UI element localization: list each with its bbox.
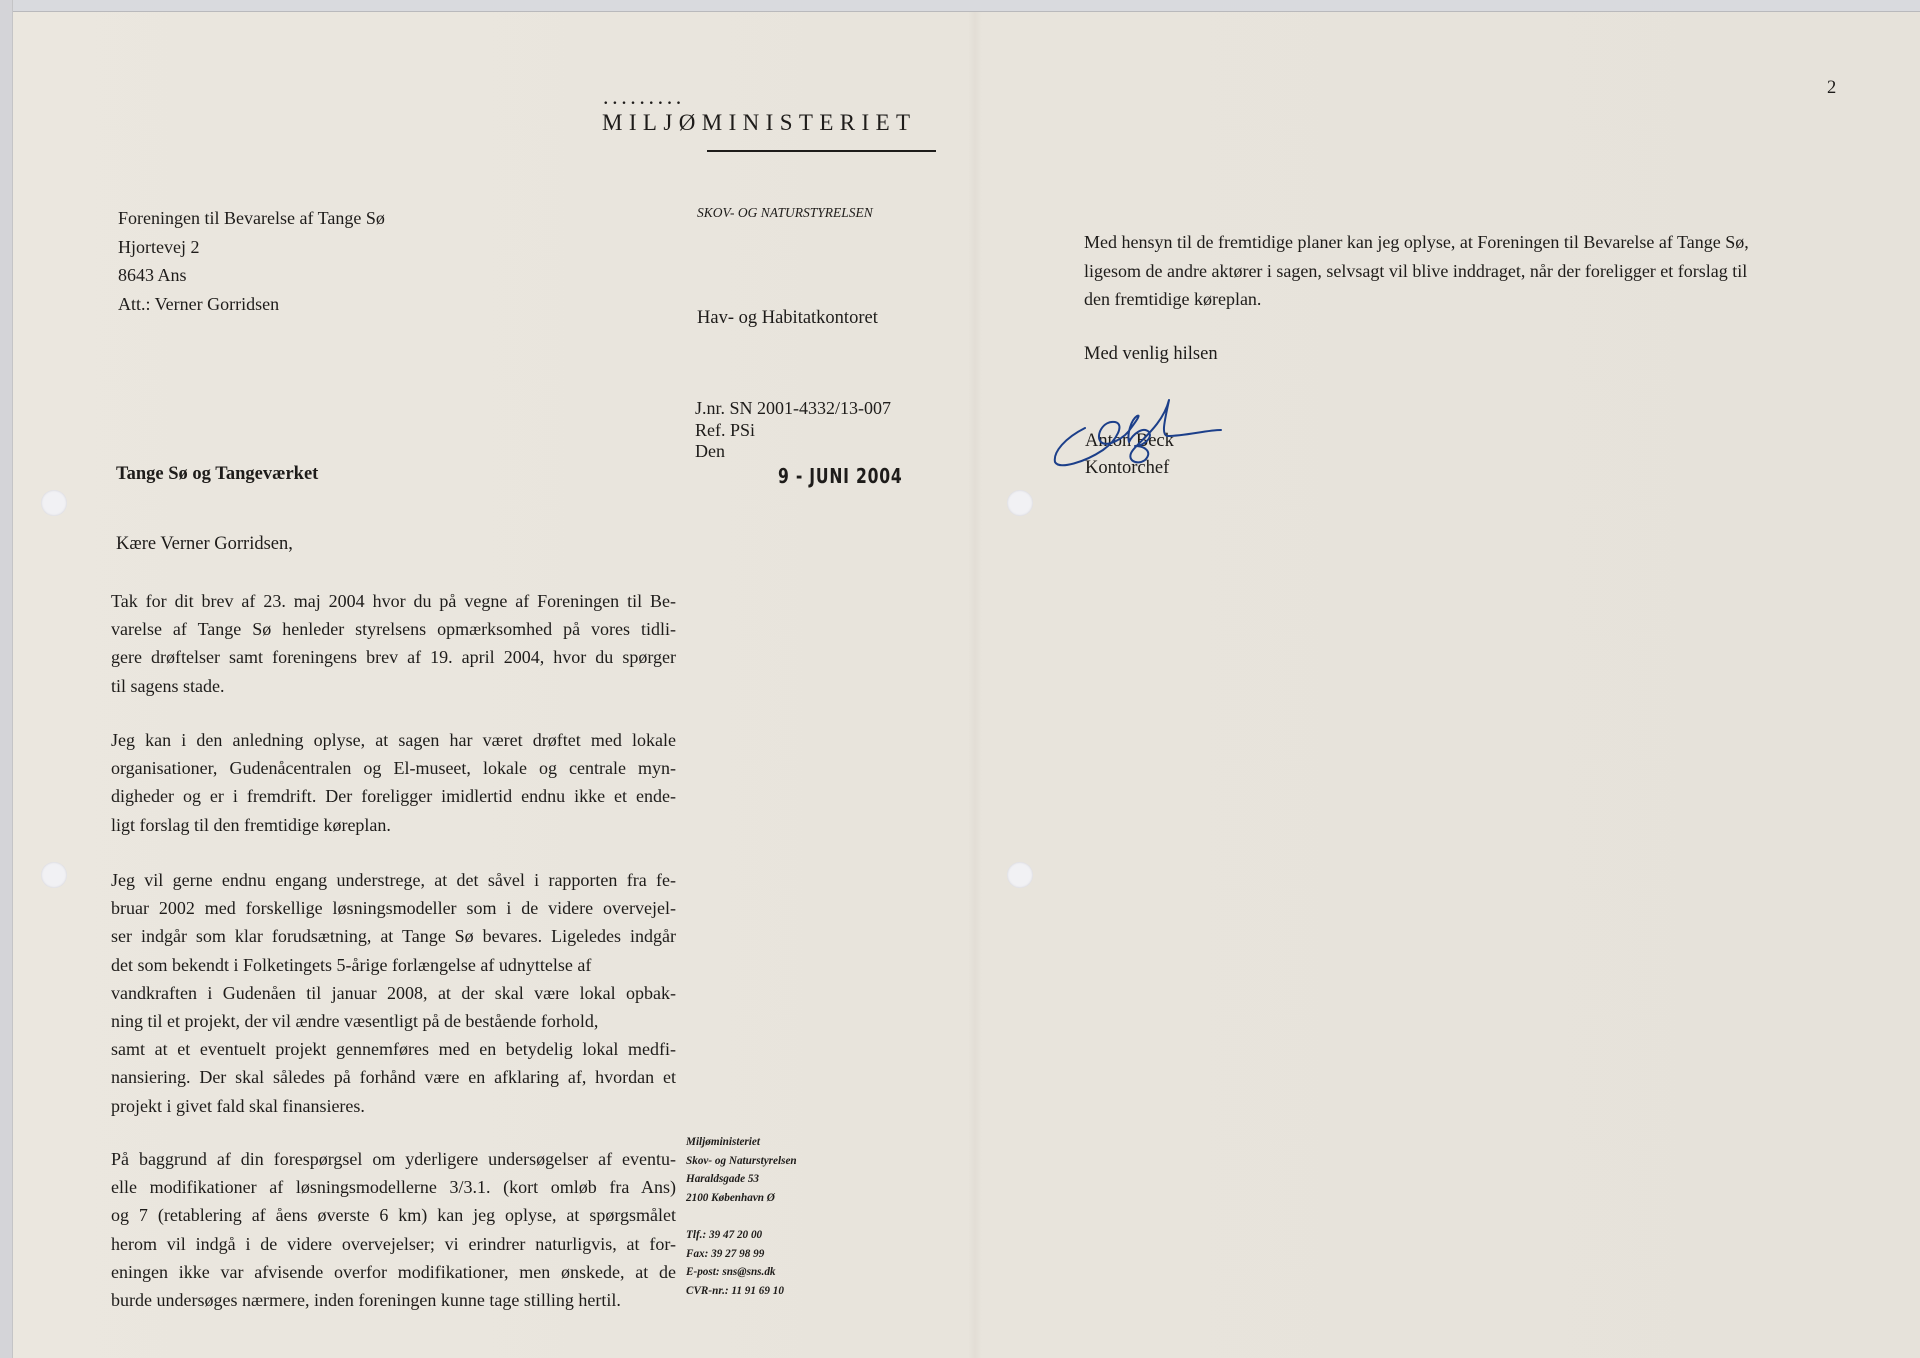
- text-line: Tak for dit brev af 23. maj 2004 hvor du…: [111, 587, 676, 615]
- recipient-line: Att.: Verner Gorridsen: [118, 290, 385, 319]
- text-line: samt at et eventuelt projekt gennemføres…: [111, 1035, 676, 1063]
- scanner-left-edge: [0, 0, 13, 1358]
- binding-hole: [1007, 862, 1033, 888]
- sender-agency: SKOV- OG NATURSTYRELSEN: [697, 205, 873, 221]
- footer-email: E-post: sns@sns.dk: [686, 1263, 797, 1282]
- text-line: bruar 2002 med forskellige løsningsmodel…: [111, 894, 676, 922]
- recipient-address: Foreningen til Bevarelse af Tange Sø Hjo…: [118, 204, 385, 318]
- text-line: projekt i givet fald skal finansieres.: [111, 1092, 676, 1120]
- recipient-line: Foreningen til Bevarelse af Tange Sø: [118, 204, 385, 233]
- text-line: organisationer, Gudenåcentralen og El-mu…: [111, 754, 676, 782]
- text-line: nansiering. Der skal således på forhånd …: [111, 1063, 676, 1091]
- footer-cvr: CVR-nr.: 11 91 69 10: [686, 1282, 797, 1301]
- text-line: eningen ikke var afvisende overfor modif…: [111, 1258, 676, 1286]
- sender-office: Hav- og Habitatkontoret: [697, 308, 878, 329]
- text-line: burde undersøges nærmere, inden forening…: [111, 1286, 676, 1314]
- text-line: ligesom de andre aktører i sagen, selvsa…: [1084, 257, 1824, 286]
- text-line: ligt forslag til den fremtidige køreplan…: [111, 811, 676, 839]
- footer-phone: Tlf.: 39 47 20 00: [686, 1226, 797, 1245]
- footer-line: Skov- og Naturstyrelsen: [686, 1152, 797, 1171]
- page-number: 2: [1827, 78, 1836, 99]
- footer-fax: Fax: 39 27 98 99: [686, 1245, 797, 1264]
- salutation: Kære Verner Gorridsen,: [116, 534, 293, 555]
- journal-number: J.nr. SN 2001-4332/13-007: [695, 398, 891, 420]
- footer-line: Haraldsgade 53: [686, 1170, 797, 1189]
- recipient-line: 8643 Ans: [118, 261, 385, 290]
- footer-line: 2100 København Ø: [686, 1189, 797, 1208]
- date-label: Den: [695, 441, 891, 463]
- text-line: ser indgår som klar forudsætning, at Tan…: [111, 922, 676, 950]
- text-line: ning til et projekt, der vil ændre væsen…: [111, 1007, 676, 1035]
- letterhead-rule: [707, 150, 936, 152]
- text-line: På baggrund af din forespørgsel om yderl…: [111, 1145, 676, 1173]
- text-line: den fremtidige køreplan.: [1084, 285, 1824, 314]
- page2-paragraph: Med hensyn til de fremtidige planer kan …: [1084, 228, 1824, 314]
- text-line: til sagens stade.: [111, 672, 676, 700]
- text-line: det som bekendt i Folketingets 5-årige f…: [111, 951, 676, 979]
- binding-hole: [41, 862, 67, 888]
- body-paragraph: Jeg vil gerne endnu engang understrege, …: [111, 866, 676, 1120]
- footer-address: Miljøministeriet Skov- og Naturstyrelsen…: [686, 1133, 797, 1301]
- reference: Ref. PSi: [695, 420, 891, 442]
- scanner-top-edge: [0, 0, 1920, 12]
- text-line: Med hensyn til de fremtidige planer kan …: [1084, 228, 1824, 257]
- text-line: gere drøftelser samt foreningens brev af…: [111, 643, 676, 671]
- footer-line: Miljøministeriet: [686, 1133, 797, 1152]
- binding-hole: [41, 490, 67, 516]
- handwritten-signature: [1045, 390, 1225, 480]
- body-paragraph: Jeg kan i den anledning oplyse, at sagen…: [111, 726, 676, 839]
- letterhead-dots: .........: [603, 86, 685, 108]
- recipient-line: Hjortevej 2: [118, 233, 385, 262]
- reference-block: J.nr. SN 2001-4332/13-007 Ref. PSi Den: [695, 398, 891, 463]
- text-line: herom vil indgå i de videre overvejelser…: [111, 1230, 676, 1258]
- text-line: vandkraften i Gudenåen til januar 2008, …: [111, 979, 676, 1007]
- text-line: elle modifikationer af løsningsmodellern…: [111, 1173, 676, 1201]
- body-paragraph: På baggrund af din forespørgsel om yderl…: [111, 1145, 676, 1314]
- binding-hole: [1007, 490, 1033, 516]
- page-gutter: [968, 12, 982, 1358]
- letter-subject: Tange Sø og Tangeværket: [116, 464, 318, 485]
- closing: Med venlig hilsen: [1084, 344, 1218, 365]
- text-line: Jeg kan i den anledning oplyse, at sagen…: [111, 726, 676, 754]
- letterhead-ministry: MILJØMINISTERIET: [602, 111, 917, 134]
- text-line: Jeg vil gerne endnu engang understrege, …: [111, 866, 676, 894]
- text-line: og 7 (retablering af åens øverste 6 km) …: [111, 1201, 676, 1229]
- body-paragraph: Tak for dit brev af 23. maj 2004 hvor du…: [111, 587, 676, 700]
- text-line: digheder og er i fremdrift. Der foreligg…: [111, 782, 676, 810]
- text-line: varelse af Tange Sø henleder styrelsens …: [111, 615, 676, 643]
- date-stamp: 9 - JUNI 2004: [778, 464, 903, 488]
